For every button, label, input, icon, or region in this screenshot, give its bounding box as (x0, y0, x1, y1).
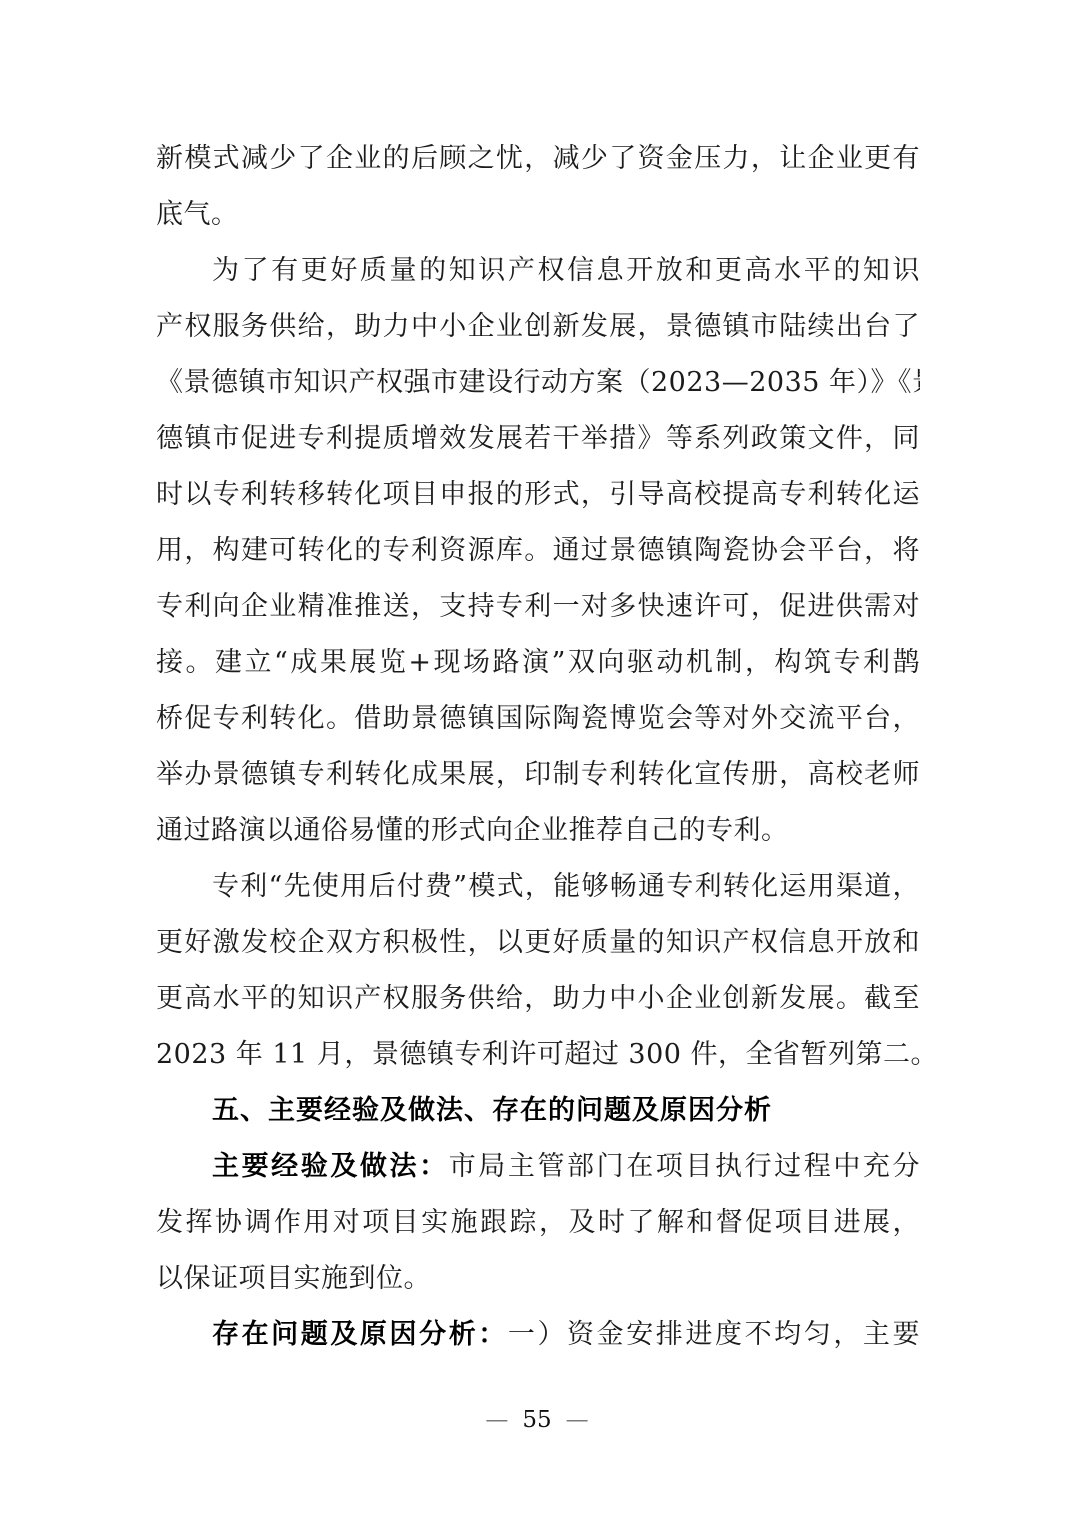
body-line paragraph-start: 主要经验及做法：市局主管部门在项目执行过程中充分 (156, 1139, 920, 1195)
body-line-text: 举办景德镇专利转化成果展，印制专利转化宣传册，高校老师 (156, 759, 920, 790)
page-body-text: 新模式减少了企业的后顾之忧，减少了资金压力，让企业更有 底气。 为了有更好质量的… (156, 131, 920, 1363)
body-line-text: 专利向企业精准推送，支持专利一对多快速许可，促进供需对 (156, 591, 920, 622)
body-line-text: 德镇市促进专利提质增效发展若干举措》等系列政策文件，同 (156, 423, 920, 454)
body-line-text: 专利“先使用后付费”模式，能够畅通专利转化运用渠道， (212, 871, 920, 902)
bold-lead-in: 主要经验及做法： (212, 1151, 449, 1182)
body-line-text: 以保证项目实施到位。 (156, 1263, 431, 1294)
body-line-text: 通过路演以通俗易懂的形式向企业推荐自己的专利。 (156, 815, 789, 846)
document-page: 新模式减少了企业的后顾之忧，减少了资金压力，让企业更有 底气。 为了有更好质量的… (0, 0, 1074, 1520)
body-line paragraph-start: 存在问题及原因分析：一）资金安排进度不均匀，主要 (156, 1307, 920, 1363)
bold-lead-in: 存在问题及原因分析： (212, 1319, 508, 1350)
body-line paragraph-end: 以保证项目实施到位。 (156, 1251, 920, 1307)
body-line: 更好激发校企双方积极性，以更好质量的知识产权信息开放和 (156, 915, 920, 971)
body-line-text: 《景德镇市知识产权强市建设行动方案（2023—2035 年）》《景 (156, 367, 920, 398)
body-line-text: 为了有更好质量的知识产权信息开放和更高水平的知识 (212, 255, 920, 286)
body-line: 举办景德镇专利转化成果展，印制专利转化宣传册，高校老师 (156, 747, 920, 803)
body-line: 时以专利转移转化项目申报的形式，引导高校提高专利转化运 (156, 467, 920, 523)
body-line-text: 2023 年 11 月，景德镇专利许可超过 300 件，全省暂列第二。 (156, 1039, 920, 1070)
body-line-text: 更高水平的知识产权服务供给，助力中小企业创新发展。截至 (156, 983, 920, 1014)
body-line-text: 底气。 (156, 199, 239, 230)
section-heading-text: 五、主要经验及做法、存在的问题及原因分析 (212, 1095, 772, 1126)
body-line paragraph-start: 为了有更好质量的知识产权信息开放和更高水平的知识 (156, 243, 920, 299)
body-line paragraph-end: 底气。 (156, 187, 920, 243)
body-line: 德镇市促进专利提质增效发展若干举措》等系列政策文件，同 (156, 411, 920, 467)
body-line paragraph-start: 专利“先使用后付费”模式，能够畅通专利转化运用渠道， (156, 859, 920, 915)
body-line: 接。建立“成果展览+现场路演”双向驱动机制，构筑专利鹊 (156, 635, 920, 691)
body-line: 专利向企业精准推送，支持专利一对多快速许可，促进供需对 (156, 579, 920, 635)
page-number: 55 (522, 1407, 551, 1433)
body-line paragraph-end: 通过路演以通俗易懂的形式向企业推荐自己的专利。 (156, 803, 920, 859)
page-footer: —55— (0, 1402, 1074, 1438)
body-line-text: 接。建立“成果展览+现场路演”双向驱动机制，构筑专利鹊 (156, 647, 920, 678)
body-line: 桥促专利转化。借助景德镇国际陶瓷博览会等对外交流平台， (156, 691, 920, 747)
body-line-text: 市局主管部门在项目执行过程中充分 (449, 1151, 920, 1182)
body-line-text: 桥促专利转化。借助景德镇国际陶瓷博览会等对外交流平台， (156, 703, 920, 734)
body-line: 发挥协调作用对项目实施跟踪，及时了解和督促项目进展， (156, 1195, 920, 1251)
body-line-text: 新模式减少了企业的后顾之忧，减少了资金压力，让企业更有 (156, 143, 920, 174)
body-line: 产权服务供给，助力中小企业创新发展，景德镇市陆续出台了 (156, 299, 920, 355)
footer-dash-right: — (552, 1407, 603, 1433)
section-heading: 五、主要经验及做法、存在的问题及原因分析 (156, 1083, 920, 1139)
footer-dash-left: — (471, 1407, 522, 1433)
body-line: 用，构建可转化的专利资源库。通过景德镇陶瓷协会平台，将 (156, 523, 920, 579)
body-line: 《景德镇市知识产权强市建设行动方案（2023—2035 年）》《景 (156, 355, 920, 411)
body-line: 更高水平的知识产权服务供给，助力中小企业创新发展。截至 (156, 971, 920, 1027)
body-line-text: 一）资金安排进度不均匀，主要 (508, 1319, 920, 1350)
body-line: 新模式减少了企业的后顾之忧，减少了资金压力，让企业更有 (156, 131, 920, 187)
body-line-text: 更好激发校企双方积极性，以更好质量的知识产权信息开放和 (156, 927, 920, 958)
body-line paragraph-end: 2023 年 11 月，景德镇专利许可超过 300 件，全省暂列第二。 (156, 1027, 920, 1083)
body-line-text: 用，构建可转化的专利资源库。通过景德镇陶瓷协会平台，将 (156, 535, 920, 566)
body-line-text: 时以专利转移转化项目申报的形式，引导高校提高专利转化运 (156, 479, 920, 510)
body-line-text: 发挥协调作用对项目实施跟踪，及时了解和督促项目进展， (156, 1207, 920, 1238)
body-line-text: 产权服务供给，助力中小企业创新发展，景德镇市陆续出台了 (156, 311, 920, 342)
